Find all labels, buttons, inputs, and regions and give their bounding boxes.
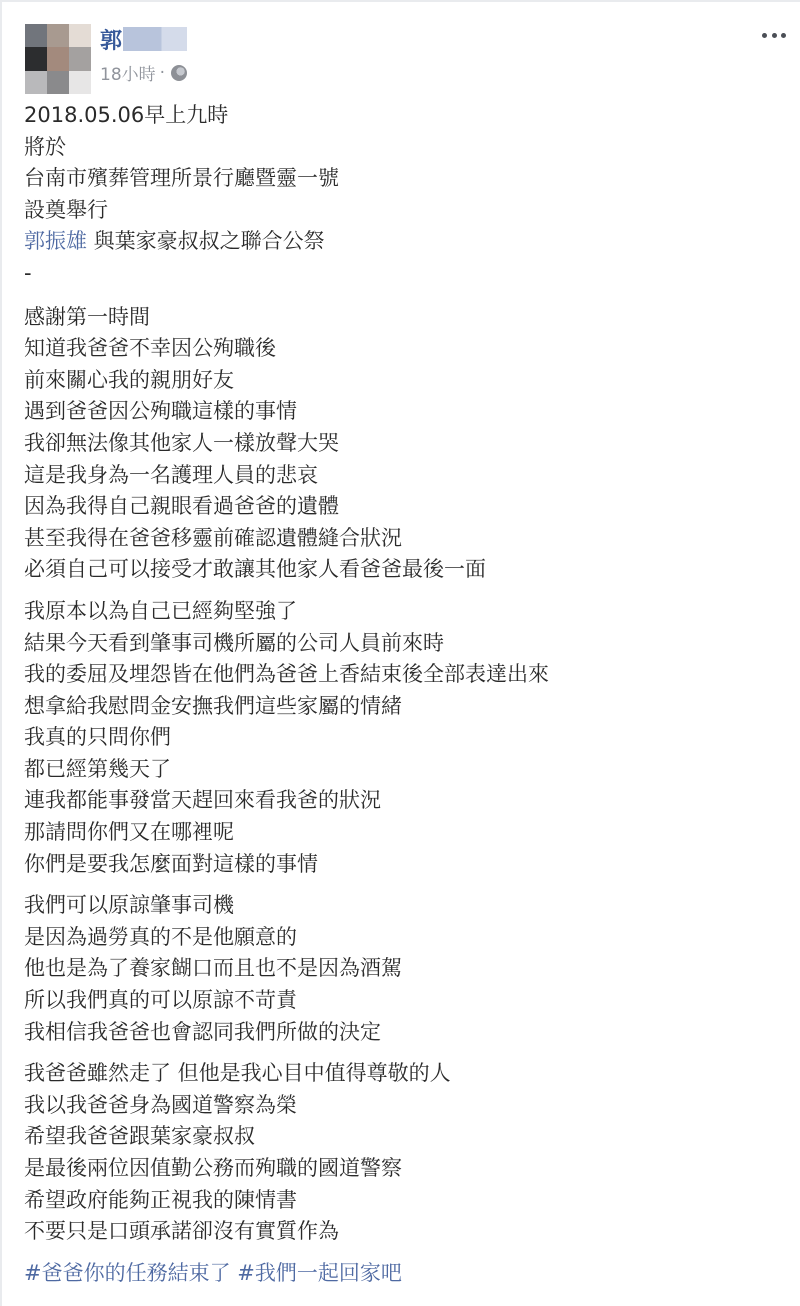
author-name[interactable]: 郭 [100,24,122,55]
post-line: 因為我得自己親眼看過爸爸的遺體 [24,491,784,523]
post-meta: 18小時 · [100,60,187,85]
author-avatar[interactable] [25,24,91,94]
post-line: 你們是要我怎麼面對這樣的事情 [24,849,784,881]
hashtag-link[interactable]: #爸爸你的任務結束了 [24,1261,231,1285]
more-dot-icon [781,33,786,38]
globe-icon[interactable] [171,65,187,81]
post-line: 我卻無法像其他家人一樣放聲大哭 [24,428,784,460]
author-name-row: 郭 [100,24,187,54]
avatar-pixel [25,71,47,94]
post-line: 將於 [24,132,784,164]
more-dot-icon [772,33,777,38]
post-line: 希望政府能夠正視我的陳情書 [24,1185,784,1217]
avatar-pixel [69,47,91,70]
post-paragraph: 2018.05.06早上九時 將於 台南市殯葬管理所景行廳暨靈一號 設奠舉行 郭… [24,100,784,290]
post-line: 感謝第一時間 [24,302,784,334]
avatar-pixel [47,71,69,94]
hashtag-link[interactable]: #我們一起回家吧 [237,1261,402,1285]
post-line: 知道我爸爸不幸因公殉職後 [24,333,784,365]
post-line: 我以我爸爸身為國道警察為榮 [24,1090,784,1122]
post-line: 不要只是口頭承諾卻沒有實質作為 [24,1216,784,1248]
tagged-person-link[interactable]: 郭振雄 [24,229,87,253]
post-line: 結果今天看到肇事司機所屬的公司人員前來時 [24,628,784,660]
post-line: 必須自己可以接受才敢讓其他家人看爸爸最後一面 [24,554,784,586]
post-paragraph: 我原本以為自己已經夠堅強了 結果今天看到肇事司機所屬的公司人員前來時 我的委屈及… [24,596,784,880]
post-header: 郭 18小時 · [2,2,800,100]
post-line: 是最後兩位因值勤公務而殉職的國道警察 [24,1153,784,1185]
post-line: 他也是為了養家餬口而且也不是因為酒駕 [24,953,784,985]
post-line: 我爸爸雖然走了 但他是我心目中值得尊敬的人 [24,1058,784,1090]
post-line: 前來關心我的親朋好友 [24,365,784,397]
more-options-button[interactable] [762,26,786,44]
avatar-pixel [47,47,69,70]
post-paragraph: 感謝第一時間 知道我爸爸不幸因公殉職後 前來關心我的親朋好友 遇到爸爸因公殉職這… [24,302,784,586]
avatar-pixel [69,24,91,47]
tagged-line-rest: 與葉家豪叔叔之聯合公祭 [87,229,325,253]
author-name-blurred [123,27,187,51]
hashtag-row: #爸爸你的任務結束了 #我們一起回家吧 [24,1258,402,1289]
post-line: 我原本以為自己已經夠堅強了 [24,596,784,628]
post-line: 連我都能事發當天趕回來看我爸的狀況 [24,785,784,817]
post-line: 我們可以原諒肇事司機 [24,890,784,922]
post-line: 那請問你們又在哪裡呢 [24,817,784,849]
avatar-pixel [25,47,47,70]
post-paragraph: 我們可以原諒肇事司機 是因為過勞真的不是他願意的 他也是為了養家餬口而且也不是因… [24,890,784,1048]
post-line: 我的委屈及埋怨皆在他們為爸爸上香結束後全部表達出來 [24,659,784,691]
post-line: 都已經第幾天了 [24,754,784,786]
post-line: 台南市殯葬管理所景行廳暨靈一號 [24,163,784,195]
post-timestamp[interactable]: 18小時 [100,60,156,85]
post-line-tagged: 郭振雄 與葉家豪叔叔之聯合公祭 [24,226,784,258]
post-line: 甚至我得在爸爸移靈前確認遺體縫合狀況 [24,523,784,555]
post-line: 2018.05.06早上九時 [24,100,784,132]
post-body: 2018.05.06早上九時 將於 台南市殯葬管理所景行廳暨靈一號 設奠舉行 郭… [24,100,784,1258]
avatar-pixel [69,71,91,94]
meta-separator: · [160,63,165,83]
post-paragraph: 我爸爸雖然走了 但他是我心目中值得尊敬的人 我以我爸爸身為國道警察為榮 希望我爸… [24,1058,784,1248]
facebook-post: 郭 18小時 · 2018.05.06早上九時 將於 台南市殯葬管理所景行廳暨靈… [0,0,800,1306]
avatar-pixel [47,24,69,47]
post-line: 遇到爸爸因公殉職這樣的事情 [24,396,784,428]
post-line: 希望我爸爸跟葉家豪叔叔 [24,1121,784,1153]
post-line: - [24,258,784,290]
post-line: 設奠舉行 [24,195,784,227]
post-line: 這是我身為一名護理人員的悲哀 [24,460,784,492]
avatar-pixel [25,24,47,47]
post-line: 想拿給我慰問金安撫我們這些家屬的情緒 [24,691,784,723]
post-line: 是因為過勞真的不是他願意的 [24,922,784,954]
post-line: 我真的只問你們 [24,722,784,754]
post-line: 我相信我爸爸也會認同我們所做的決定 [24,1017,784,1049]
more-dot-icon [762,33,767,38]
post-line: 所以我們真的可以原諒不苛責 [24,985,784,1017]
